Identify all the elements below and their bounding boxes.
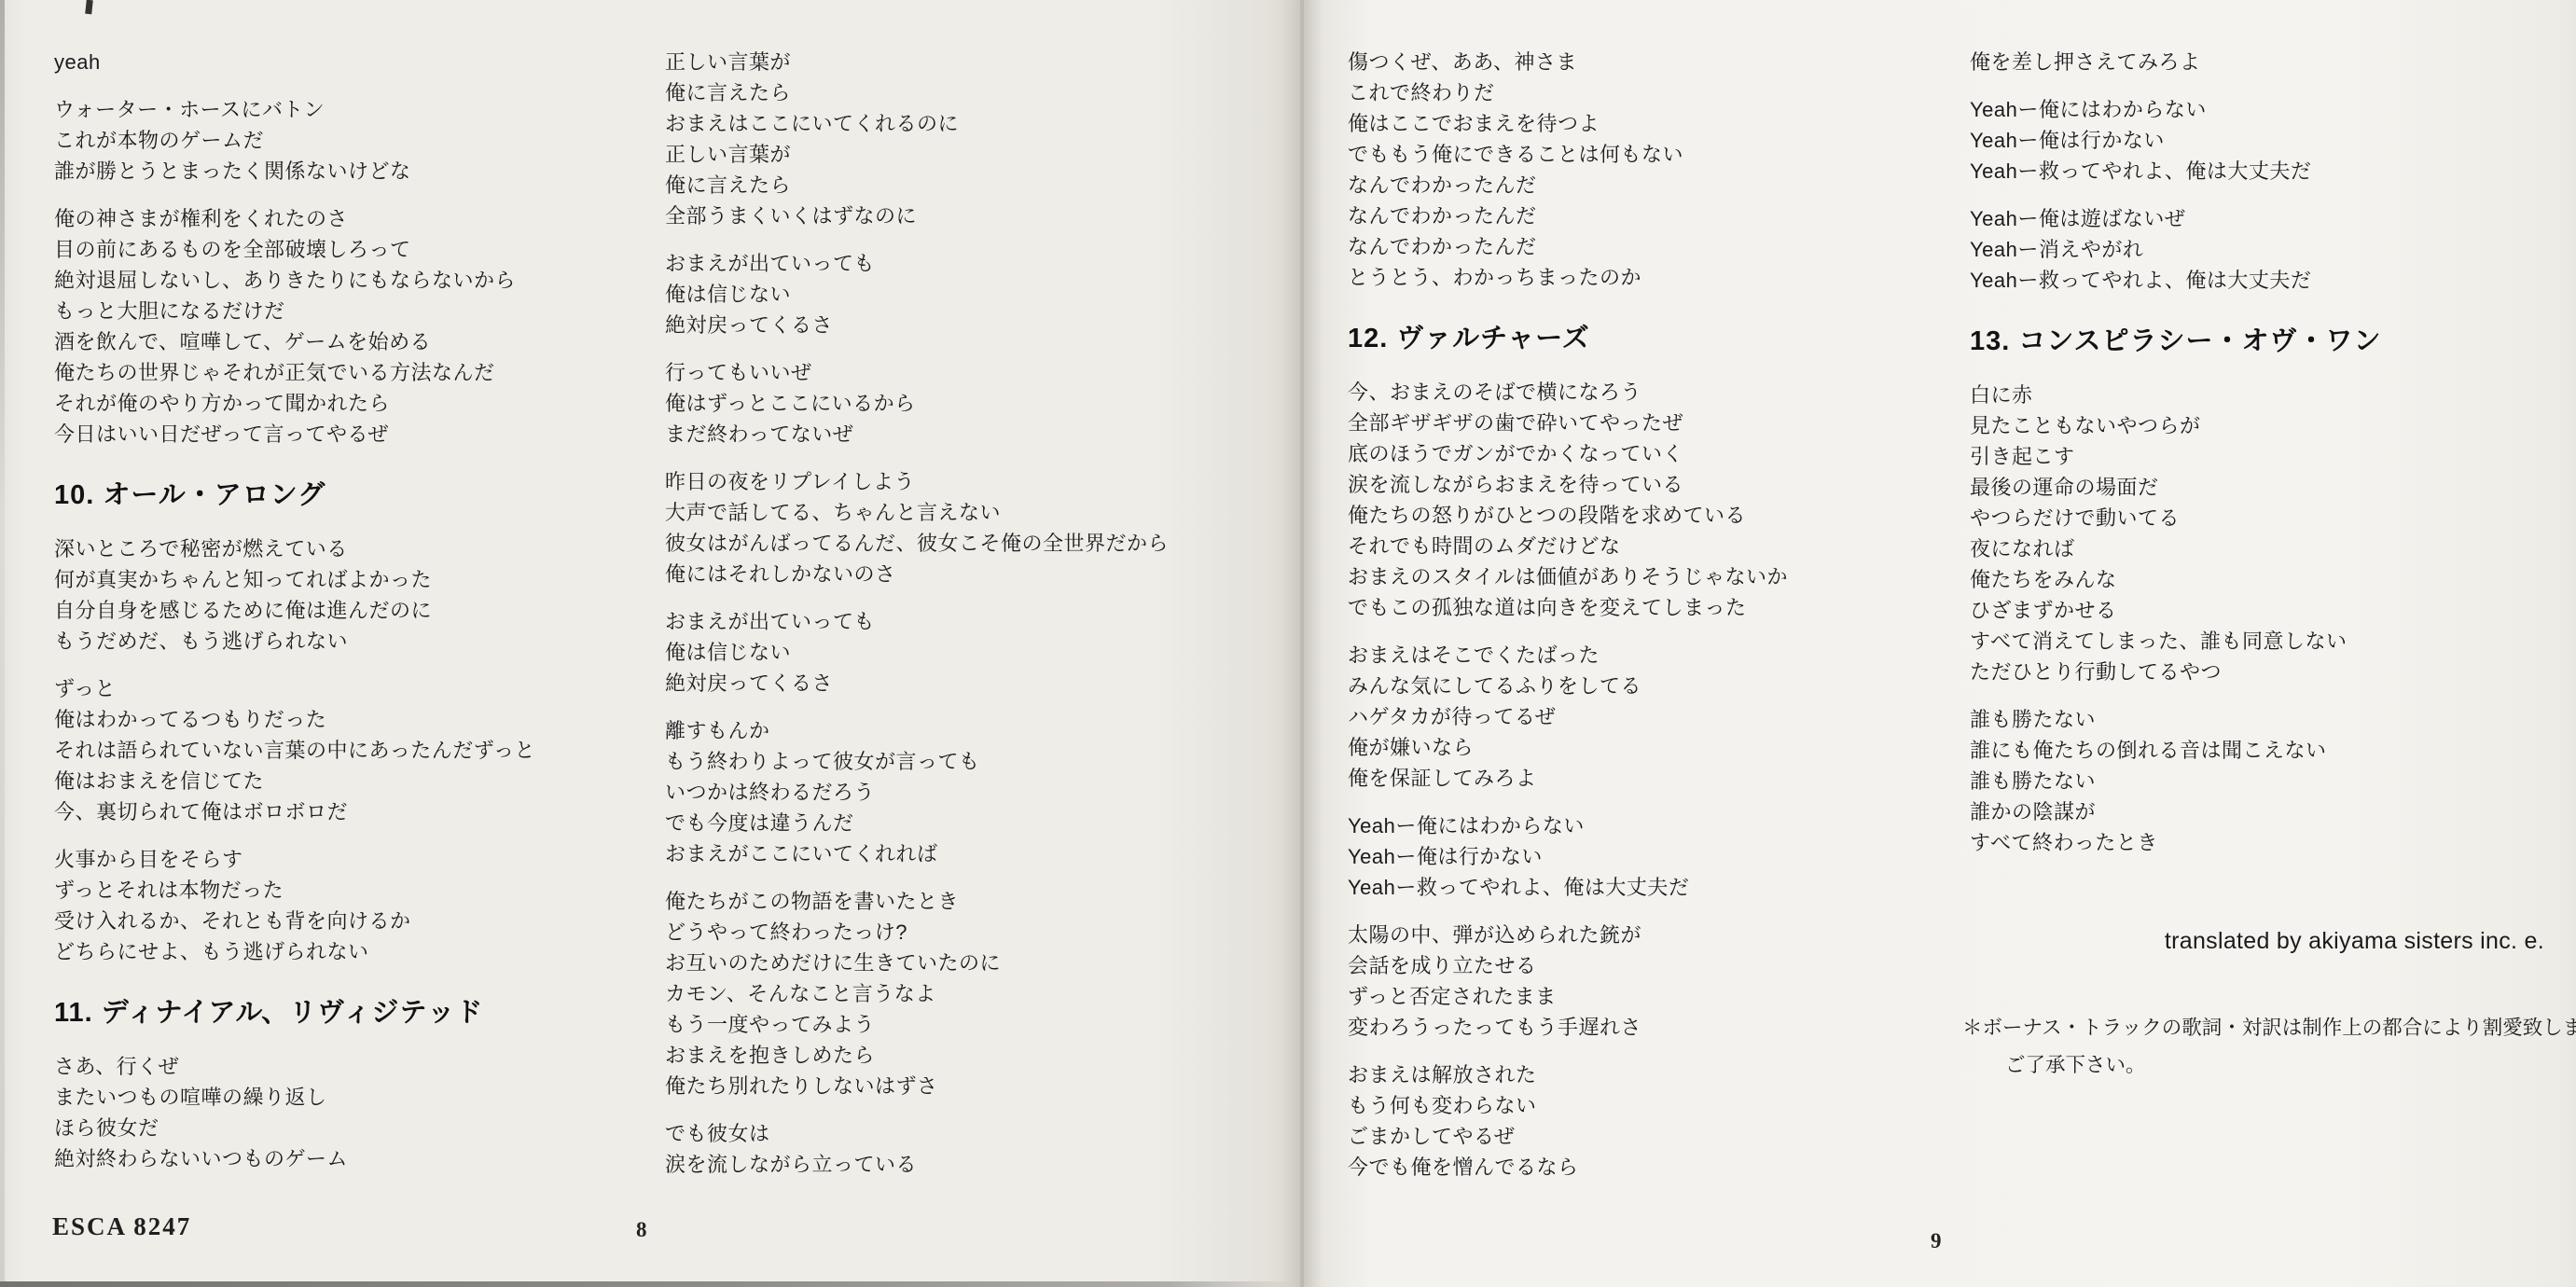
lyric-line: ずっと否定されたまま [1348, 981, 1788, 1012]
lyric-line: またいつもの喧嘩の繰り返し [54, 1082, 535, 1113]
lyric-line: 今、おまえのそばで横になろう [1348, 377, 1788, 408]
lyric-line: すべて終わったとき [1970, 827, 2382, 858]
lyric-line: 俺を差し押さえてみろよ [1970, 47, 2382, 77]
lyric-line: 俺たちの怒りがひとつの段階を求めている [1348, 500, 1788, 531]
lyric-line: 俺を保証してみろよ [1348, 763, 1788, 794]
bonus-track-note-line-2: ご了承下さい。 [1962, 1046, 2576, 1084]
blank-line [665, 1101, 1169, 1118]
song-heading: 10. オール・アロング [54, 479, 535, 511]
lyric-line: 俺たちの世界じゃそれが正気でいる方法なんだ [54, 357, 535, 388]
lyric-line: 大声で話してる、ちゃんと言えない [665, 497, 1169, 528]
lyric-line: 昨日の夜をリプレイしよう [665, 466, 1169, 497]
lyric-line: おまえはここにいてくれるのに [665, 108, 1169, 139]
lyric-line: 今、裏切られて俺はボロボロだ [54, 796, 535, 827]
lyric-line: 彼女はがんばってるんだ、彼女こそ俺の全世界だから [665, 528, 1169, 559]
lyric-line: 涙を流しながらおまえを待っている [1348, 469, 1788, 500]
lyric-line: 傷つくぜ、ああ、神さま [1348, 47, 1788, 77]
lyric-line: 俺にはそれしかないのさ [665, 559, 1169, 589]
lyric-line: すべて消えてしまった、誰も同意しない [1970, 626, 2382, 657]
lyric-line: これで終わりだ [1348, 77, 1788, 108]
page-number-right: 9 [1931, 1229, 1942, 1253]
song-heading: 12. ヴァルチャーズ [1348, 323, 1788, 354]
blank-line [54, 967, 535, 984]
lyric-line: 俺たちがこの物語を書いたとき [665, 886, 1169, 917]
lyric-line: もうだめだ、もう逃げられない [54, 626, 535, 657]
scan-edge-left [0, 0, 5, 1287]
lyric-line: それは語られていない言葉の中にあったんだずっと [54, 735, 535, 766]
blank-line [665, 450, 1169, 466]
scan-edge-bottom [0, 1281, 1298, 1287]
blank-line [1970, 363, 2382, 380]
lyric-line: 絶対退屈しないし、ありきたりにもならないから [54, 265, 535, 296]
blank-line [1970, 687, 2382, 704]
lyric-line: おまえが出ていっても [665, 606, 1169, 637]
bonus-track-note-line-1: ＊ボーナス・トラックの歌詞・対訳は制作上の都合により割愛致します。 [1962, 1009, 2576, 1046]
lyric-line: それでも時間のムダだけどな [1348, 531, 1788, 561]
bonus-track-note: ＊ボーナス・トラックの歌詞・対訳は制作上の都合により割愛致します。 ご了承下さい… [1962, 1009, 2576, 1084]
song-heading: 13. コンスピラシー・オヴ・ワン [1970, 325, 2382, 357]
lyric-line: Yeahー俺は行かない [1970, 125, 2382, 156]
blank-line [54, 657, 535, 673]
lyric-line: もう一度やってみよう [665, 1009, 1169, 1040]
lyric-line: もっと大胆になるだけだ [54, 296, 535, 326]
lyric-line: ずっと [54, 673, 535, 704]
lyric-line: おまえを抱きしめたら [665, 1040, 1169, 1071]
lyric-line: おまえは解放された [1348, 1059, 1788, 1090]
song-heading: 11. ディナイアル、リヴィジテッド [54, 997, 535, 1029]
lyric-line: Yeahー救ってやれよ、俺は大丈夫だ [1970, 156, 2382, 187]
blank-line [1348, 623, 1788, 640]
lyric-line: 夜になれば [1970, 533, 2382, 564]
lyrics-column-1: yeahウォーター・ホースにバトンこれが本物のゲームだ誰が勝とうとまったく関係な… [54, 47, 535, 1174]
lyric-line: でもこの孤独な道は向きを変えてしまった [1348, 592, 1788, 623]
lyric-line: 正しい言葉が [665, 47, 1169, 77]
blank-line [1348, 794, 1788, 810]
blank-line [54, 450, 535, 466]
lyric-line: それが俺のやり方かって聞かれたら [54, 388, 535, 419]
lyric-line: ほら彼女だ [54, 1113, 535, 1143]
lyric-line: 俺の神さまが権利をくれたのさ [54, 203, 535, 234]
lyric-line: 誰も勝たない [1970, 704, 2382, 735]
lyrics-column-2: 正しい言葉が俺に言えたらおまえはここにいてくれるのに正しい言葉が俺に言えたら全部… [665, 47, 1169, 1180]
catalog-number: ESCA 8247 [52, 1212, 191, 1241]
lyric-line: やつらだけで動いてる [1970, 503, 2382, 533]
lyric-line: Yeahー俺にはわからない [1970, 94, 2382, 125]
lyric-line: 俺は信じない [665, 637, 1169, 668]
lyric-line: 底のほうでガンがでかくなっていく [1348, 438, 1788, 469]
blank-line [1970, 187, 2382, 203]
lyric-line: おまえのスタイルは価値がありそうじゃないか [1348, 561, 1788, 592]
lyric-line: 正しい言葉が [665, 139, 1169, 170]
blank-line [54, 517, 535, 533]
blank-line [54, 77, 535, 94]
lyric-line: 深いところで秘密が燃えている [54, 533, 535, 564]
lyric-line: 絶対戻ってくるさ [665, 310, 1169, 340]
lyrics-column-3: 傷つくぜ、ああ、神さまこれで終わりだ俺はここでおまえを待つよでももう俺にできるこ… [1348, 47, 1788, 1183]
lyric-line: 自分自身を感じるために俺は進んだのに [54, 595, 535, 626]
lyric-line: 俺は信じない [665, 279, 1169, 310]
lyric-line: yeah [54, 47, 535, 77]
lyric-line: 全部ギザギザの歯で砕いてやったぜ [1348, 408, 1788, 438]
lyric-line: なんでわかったんだ [1348, 201, 1788, 231]
lyric-line: 俺に言えたら [665, 77, 1169, 108]
lyric-line: Yeahー救ってやれよ、俺は大丈夫だ [1348, 872, 1788, 903]
lyric-line: 涙を流しながら立っている [665, 1149, 1169, 1180]
lyric-line: 誰かの陰謀が [1970, 796, 2382, 827]
lyric-line: ひざまずかせる [1970, 595, 2382, 626]
lyric-line: 行ってもいいぜ [665, 357, 1169, 388]
lyric-line: 絶対終わらないいつものゲーム [54, 1143, 535, 1174]
lyric-line: とうとう、わかっちまったのか [1348, 262, 1788, 293]
blank-line [665, 340, 1169, 357]
lyric-line: 全部うまくいくはずなのに [665, 201, 1169, 231]
lyric-line: でも彼女は [665, 1118, 1169, 1149]
lyric-line: Yeahー俺は行かない [1348, 841, 1788, 872]
lyric-line: ウォーター・ホースにバトン [54, 94, 535, 125]
lyric-line: 見たこともないやつらが [1970, 410, 2382, 441]
lyric-line: おまえはそこでくたばった [1348, 640, 1788, 671]
blank-line [54, 187, 535, 203]
lyric-line: いつかは終わるだろう [665, 777, 1169, 808]
blank-line [1970, 77, 2382, 94]
lyric-line: なんでわかったんだ [1348, 170, 1788, 201]
lyric-line: なんでわかったんだ [1348, 231, 1788, 262]
lyric-line: Yeahー俺にはわからない [1348, 810, 1788, 841]
lyric-line: Yeahー救ってやれよ、俺は大丈夫だ [1970, 265, 2382, 296]
lyric-line: お互いのためだけに生きていたのに [665, 948, 1169, 978]
blank-line [1348, 903, 1788, 920]
blank-line [665, 231, 1169, 248]
blank-line [1348, 360, 1788, 377]
lyric-line: ハゲタカが待ってるぜ [1348, 701, 1788, 732]
lyric-line: カモン、そんなこと言うなよ [665, 978, 1169, 1009]
lyric-line: 絶対戻ってくるさ [665, 668, 1169, 699]
page-number-left: 8 [636, 1218, 647, 1242]
lyric-line: 俺はおまえを信じてた [54, 766, 535, 796]
blank-line [665, 869, 1169, 886]
lyric-line: 変わろうったってもう手遅れさ [1348, 1012, 1788, 1043]
blank-line [1348, 1043, 1788, 1059]
lyric-line: おまえが出ていっても [665, 248, 1169, 279]
lyric-line: どちらにせよ、もう逃げられない [54, 936, 535, 967]
lyric-line: でももう俺にできることは何もない [1348, 139, 1788, 170]
blank-line [54, 1034, 535, 1051]
lyric-line: さあ、行くぜ [54, 1051, 535, 1082]
lyric-line: 受け入れるか、それとも背を向けるか [54, 906, 535, 936]
lyric-line: もう何も変わらない [1348, 1090, 1788, 1121]
lyric-line: 俺はここでおまえを待つよ [1348, 108, 1788, 139]
lyric-line: 最後の運命の場面だ [1970, 472, 2382, 503]
lyric-line: 今でも俺を憎んでるなら [1348, 1152, 1788, 1183]
blank-line [1348, 293, 1788, 310]
lyric-line: 俺に言えたら [665, 170, 1169, 201]
lyric-line: 誰も勝たない [1970, 766, 2382, 796]
lyric-line: 俺はわかってるつもりだった [54, 704, 535, 735]
blank-line [665, 699, 1169, 715]
lyric-line: おまえがここにいてくれれば [665, 838, 1169, 869]
lyric-line: どうやって終わったっけ? [665, 917, 1169, 948]
blank-line [665, 589, 1169, 606]
lyric-line: 俺たちをみんな [1970, 564, 2382, 595]
lyric-line: これが本物のゲームだ [54, 125, 535, 156]
lyric-line: 誰が勝とうとまったく関係ないけどな [54, 156, 535, 187]
lyric-line: Yeahー俺は遊ばないぜ [1970, 203, 2382, 234]
lyrics-column-4: 俺を差し押さえてみろよYeahー俺にはわからないYeahー俺は行かないYeahー… [1970, 47, 2382, 858]
booklet-spread-scan: yeahウォーター・ホースにバトンこれが本物のゲームだ誰が勝とうとまったく関係な… [0, 0, 2576, 1287]
lyric-line: みんな気にしてるふりをしてる [1348, 671, 1788, 701]
lyric-line: ごまかしてやるぜ [1348, 1121, 1788, 1152]
lyric-line: 酒を飲んで、喧嘩して、ゲームを始める [54, 326, 535, 357]
lyric-line: 太陽の中、弾が込められた銃が [1348, 920, 1788, 950]
lyric-line: 白に赤 [1970, 380, 2382, 410]
translation-credit: translated by akiyama sisters inc. e. [1970, 928, 2544, 955]
lyric-line: 会話を成り立たせる [1348, 950, 1788, 981]
lyric-line: 何が真実かちゃんと知ってればよかった [54, 564, 535, 595]
lyric-line: でも今度は違うんだ [665, 808, 1169, 838]
lyric-line: 今日はいい日だぜって言ってやるぜ [54, 419, 535, 450]
lyric-line: まだ終わってないぜ [665, 419, 1169, 450]
lyric-line: もう終わりよって彼女が言っても [665, 746, 1169, 777]
lyric-line: 目の前にあるものを全部破壊しろって [54, 234, 535, 265]
lyric-line: 俺はずっとここにいるから [665, 388, 1169, 419]
lyric-line: 火事から目をそらす [54, 844, 535, 875]
blank-line [1970, 296, 2382, 312]
lyric-line: ただひとり行動してるやつ [1970, 657, 2382, 687]
gutter-fold-shadow [1300, 0, 1304, 1287]
lyric-line: 引き起こす [1970, 441, 2382, 472]
lyric-line: 俺が嫌いなら [1348, 732, 1788, 763]
lyric-line: 俺たち別れたりしないはずさ [665, 1071, 1169, 1101]
lyric-line: Yeahー消えやがれ [1970, 234, 2382, 265]
lyric-line: ずっとそれは本物だった [54, 875, 535, 906]
blank-line [54, 827, 535, 844]
lyric-line: 誰にも俺たちの倒れる音は聞こえない [1970, 735, 2382, 766]
lyric-line: 離すもんか [665, 715, 1169, 746]
